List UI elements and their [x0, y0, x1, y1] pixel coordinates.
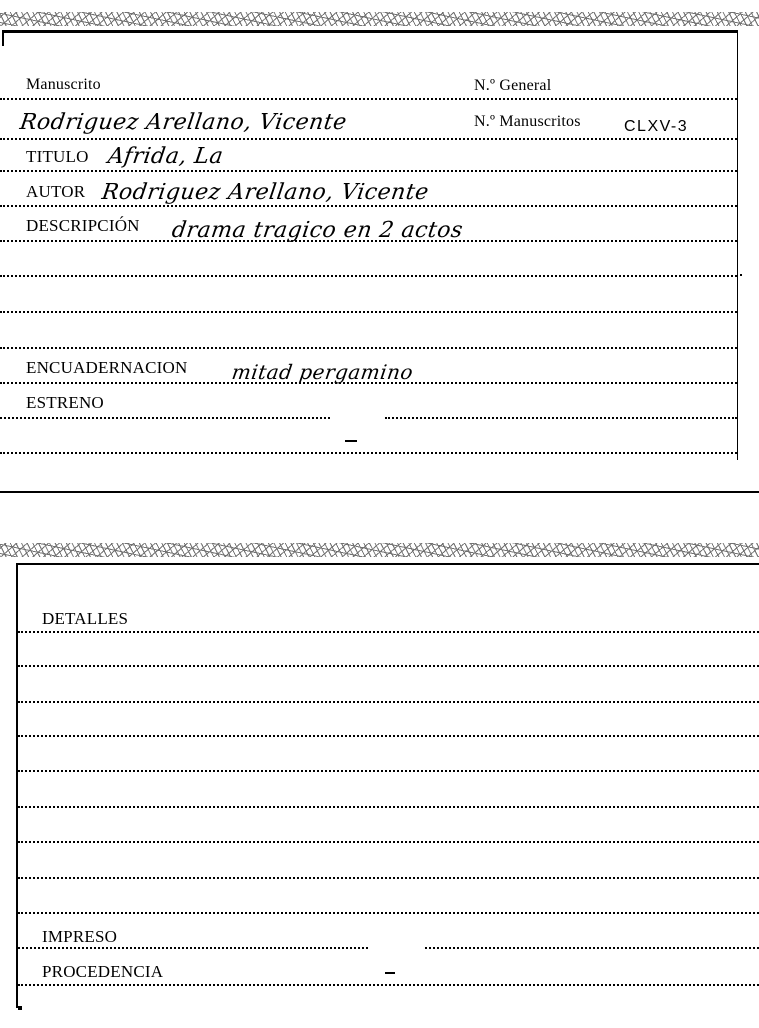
label-encuadernacion: ENCUADERNACION: [26, 358, 187, 378]
label-descripcion: DESCRIPCIÓN: [26, 216, 140, 236]
rule-line: [18, 912, 759, 914]
card-top-border: [2, 30, 738, 33]
rule-line: [0, 311, 737, 313]
card-bottom-edge: [0, 491, 759, 493]
rule-line: [425, 947, 759, 949]
label-impreso: IMPRESO: [42, 927, 117, 947]
rule-line: [18, 877, 759, 879]
rule-line: [0, 205, 737, 207]
rule-line: [18, 841, 759, 843]
rule-line: [18, 631, 759, 633]
value-numero-manuscritos: CLXV-3: [624, 118, 688, 136]
scan-noise-top: [0, 12, 759, 26]
rule-line: [0, 347, 737, 349]
scan-speck: [385, 972, 395, 974]
label-autor: AUTOR: [26, 182, 85, 202]
rule-line: [18, 735, 759, 737]
scan-speck: [345, 440, 357, 442]
value-titulo: Afrida, La: [106, 144, 225, 169]
card-top-border: [16, 563, 759, 565]
rule-line: [0, 240, 737, 242]
rule-line: [18, 770, 759, 772]
rule-line: [0, 382, 737, 384]
rule-line: [0, 170, 737, 172]
card-left-edge: [16, 563, 18, 1008]
scan-speck: [18, 1006, 22, 1010]
label-estreno: ESTRENO: [26, 393, 104, 413]
value-autor: Rodriguez Arellano, Vicente: [100, 180, 430, 205]
value-encuadernacion: mitad pergamino: [230, 360, 415, 384]
rule-line: [0, 275, 737, 277]
rule-line: [18, 701, 759, 703]
rule-line: [18, 665, 759, 667]
label-manuscrito: Manuscrito: [26, 76, 101, 94]
card-left-edge: [2, 30, 4, 46]
scan-noise-middle: [0, 543, 759, 557]
rule-line: [0, 417, 330, 419]
rule-line: [385, 417, 737, 419]
rule-line: [0, 98, 737, 100]
label-detalles: DETALLES: [42, 609, 128, 629]
scan-speck: [740, 274, 742, 276]
label-numero-manuscritos: N.º Manuscritos: [474, 113, 581, 131]
card-right-edge: [737, 30, 738, 460]
label-procedencia: PROCEDENCIA: [42, 962, 163, 982]
rule-line: [18, 947, 368, 949]
value-manuscrito: Rodriguez Arellano, Vicente: [18, 110, 348, 135]
label-titulo: TITULO: [26, 147, 89, 167]
rule-line: [18, 984, 759, 986]
rule-line: [18, 806, 759, 808]
rule-line: [0, 138, 737, 140]
rule-line: [0, 452, 737, 454]
label-numero-general: N.º General: [474, 77, 551, 95]
